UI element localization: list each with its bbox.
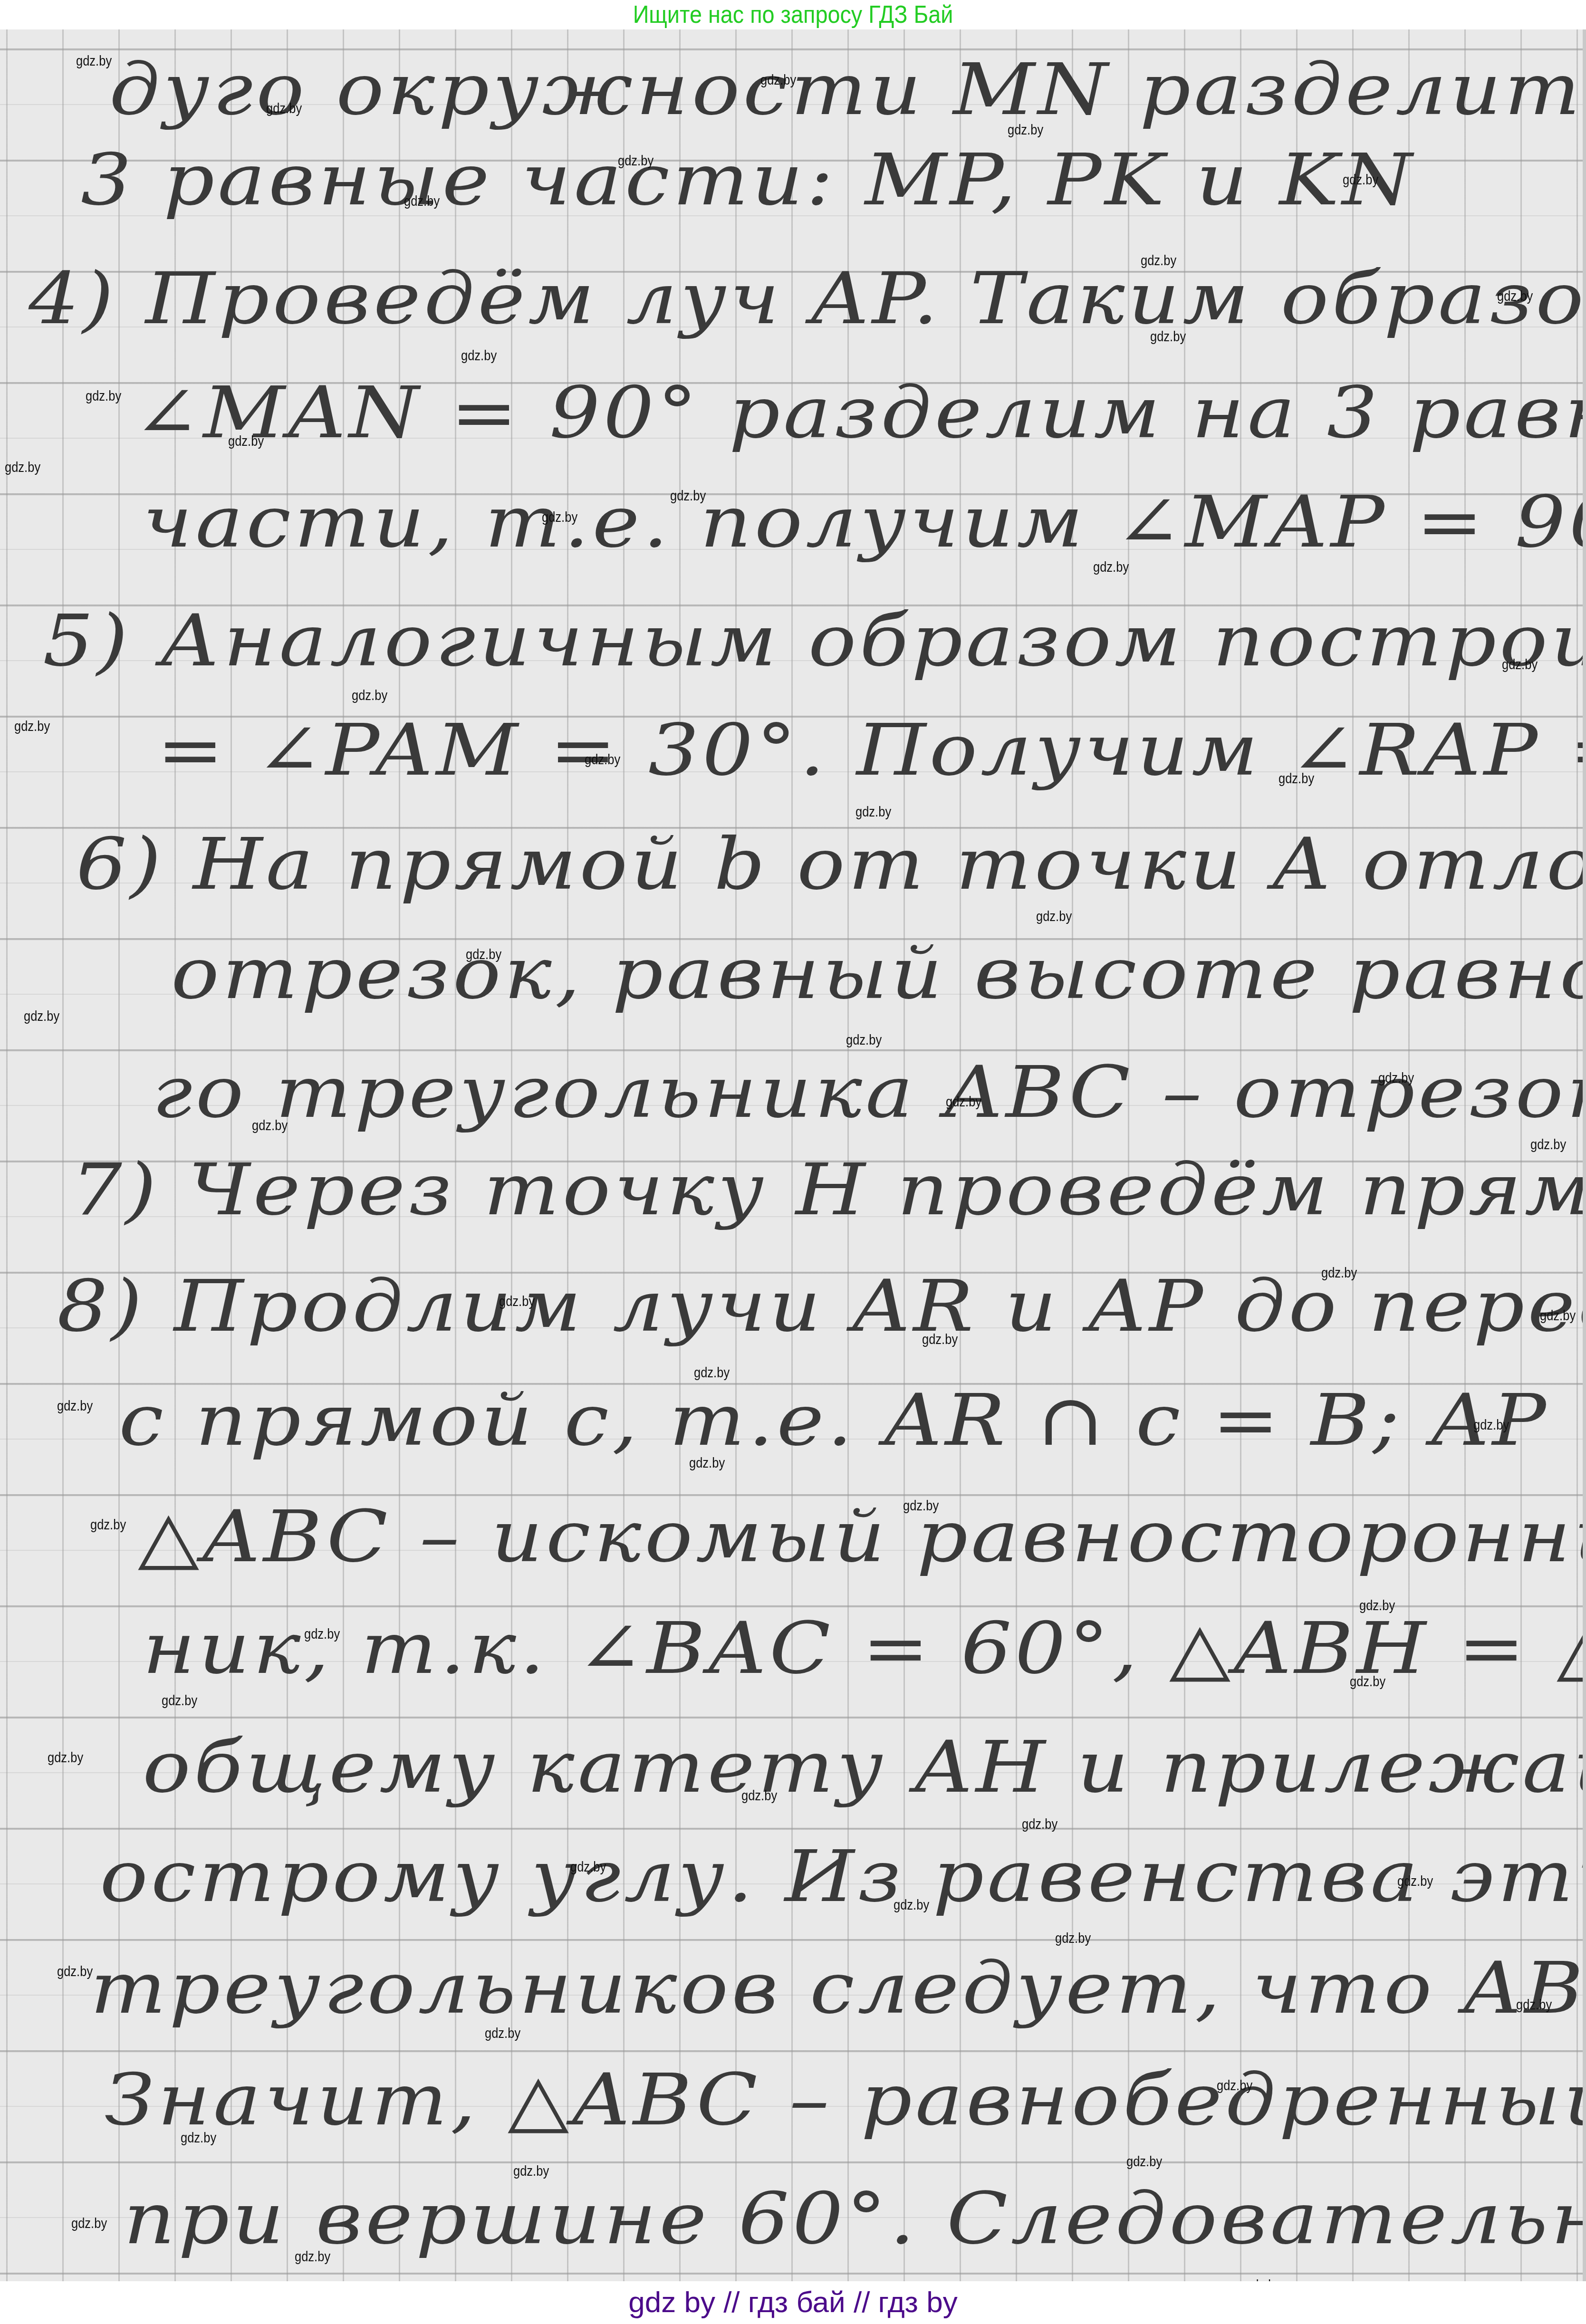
handwritten-line: отрезок, равный высоте равносторонне-	[171, 932, 1583, 1015]
watermark-label: gdz.by	[1350, 1674, 1385, 1690]
watermark-label: gdz.by	[162, 1693, 197, 1709]
watermark-label: gdz.by	[1397, 1873, 1433, 1890]
handwritten-line: Значит, △ABC – равнобедренный с углом	[105, 2059, 1583, 2142]
watermark-label: gdz.by	[352, 688, 387, 704]
handwritten-line: дуго окружности MN разделится на	[109, 48, 1583, 131]
watermark-label: gdz.by	[304, 1626, 340, 1642]
watermark-label: gdz.by	[499, 1294, 535, 1310]
handwritten-line: 6) На прямой b от точки A отложим	[76, 823, 1583, 906]
watermark-label: gdz.by	[741, 1788, 777, 1804]
watermark-label: gdz.by	[14, 719, 50, 735]
watermark-label: gdz.by	[1473, 1417, 1509, 1433]
watermark-label: gdz.by	[1008, 122, 1043, 138]
watermark-label: gdz.by	[181, 2130, 216, 2146]
watermark-label: gdz.by	[689, 1455, 725, 1471]
watermark-label: gdz.by	[694, 1365, 730, 1381]
watermark-label: gdz.by	[404, 193, 440, 210]
watermark-label: gdz.by	[570, 1859, 606, 1875]
handwritten-line: = ∠PAM = 30°. Получим ∠RAP = 60°	[157, 709, 1583, 792]
watermark-label: gdz.by	[266, 101, 302, 117]
watermark-label: gdz.by	[466, 947, 501, 963]
watermark-label: gdz.by	[71, 2216, 107, 2232]
watermark-label: gdz.by	[855, 804, 891, 820]
watermark-label: gdz.by	[295, 2249, 330, 2265]
watermark-label: gdz.by	[76, 53, 112, 69]
watermark-label: gdz.by	[1126, 2154, 1162, 2170]
watermark-label: gdz.by	[922, 1332, 958, 1348]
handwritten-line: треугольников следует, что AB = AC.	[90, 1947, 1583, 2030]
handwritten-line: 4) Проведём луч AP. Таким образом,	[29, 258, 1583, 340]
watermark-label: gdz.by	[1502, 657, 1538, 673]
handwritten-line: с прямой c, т.е. AR ∩ c = B; AP ∩ c = C	[119, 1379, 1583, 1462]
watermark-label: gdz.by	[1497, 288, 1533, 305]
watermark-label: gdz.by	[57, 1964, 93, 1980]
watermark-label: gdz.by	[24, 1008, 59, 1025]
watermark-label: gdz.by	[1093, 559, 1129, 576]
watermark-label: gdz.by	[1343, 172, 1378, 188]
watermark-label: gdz.by	[513, 2163, 549, 2180]
handwritten-line: ∠MAN = 90° разделим на 3 равные	[133, 372, 1583, 454]
watermark-label: gdz.by	[585, 752, 620, 768]
notebook-page: дуго окружности MN разделится на 3 равны…	[0, 29, 1583, 2281]
handwritten-line: при вершине 60°. Следовательно, по	[124, 2178, 1583, 2260]
watermark-label: gdz.by	[86, 388, 121, 404]
watermark-label: gdz.by	[1530, 1137, 1566, 1153]
watermark-label: gdz.by	[5, 460, 40, 476]
watermark-label: gdz.by	[485, 2026, 520, 2042]
watermark-label: gdz.by	[1516, 1997, 1552, 2013]
watermark-label: gdz.by	[48, 1750, 83, 1766]
watermark-label: gdz.by	[670, 488, 706, 504]
watermark-label: gdz.by	[252, 1118, 288, 1134]
handwritten-line: 3 равные части: MP, PK и KN	[81, 139, 1415, 221]
watermark-label: gdz.by	[1217, 2078, 1252, 2094]
watermark-label: gdz.by	[1055, 1930, 1091, 1947]
watermark-label: gdz.by	[1321, 1265, 1357, 1281]
watermark-label: gdz.by	[846, 1032, 882, 1048]
watermark-label: gdz.by	[461, 348, 497, 364]
watermark-label: gdz.by	[57, 1398, 93, 1414]
watermark-label: gdz.by	[1245, 2277, 1281, 2281]
watermark-label: gdz.by	[946, 1094, 981, 1110]
handwritten-line: 7) Через точку H проведём прямую c ⊥ b	[71, 1149, 1583, 1231]
top-banner: Ищите нас по запросу ГДЗ Бай	[79, 0, 1507, 29]
watermark-label: gdz.by	[903, 1498, 939, 1514]
watermark-label: gdz.by	[1378, 1070, 1414, 1086]
watermark-label: gdz.by	[618, 153, 654, 169]
watermark-label: gdz.by	[1022, 1816, 1057, 1833]
watermark-label: gdz.by	[1359, 1598, 1395, 1614]
handwritten-line: го треугольника ABC – отрезок AH.	[152, 1051, 1583, 1134]
handwritten-line: общему катету AH и прилежащему	[143, 1726, 1583, 1809]
handwritten-line: △ABC – искомый равносторонний треуголь-	[138, 1496, 1583, 1578]
watermark-label: gdz.by	[1278, 771, 1314, 787]
watermark-label: gdz.by	[228, 433, 264, 450]
watermark-label: gdz.by	[894, 1897, 929, 1913]
handwritten-line: части, т.е. получим ∠MAP = 90°/3 = 30°.	[143, 481, 1583, 564]
watermark-label: gdz.by	[90, 1517, 126, 1533]
page-edge	[1583, 29, 1586, 2281]
bottom-banner: gdz by // гдз бай // гдз by	[0, 2281, 1586, 2324]
watermark-label: gdz.by	[1540, 1308, 1576, 1324]
watermark-label: gdz.by	[760, 72, 796, 88]
watermark-label: gdz.by	[1141, 253, 1176, 269]
watermark-label: gdz.by	[1036, 909, 1072, 925]
handwritten-line: острому углу. Из равенства этих	[100, 1835, 1583, 1918]
watermark-label: gdz.by	[542, 509, 577, 526]
watermark-label: gdz.by	[1150, 329, 1186, 345]
handwritten-line: 5) Аналогичным образом построим ∠RAM =	[43, 600, 1583, 682]
